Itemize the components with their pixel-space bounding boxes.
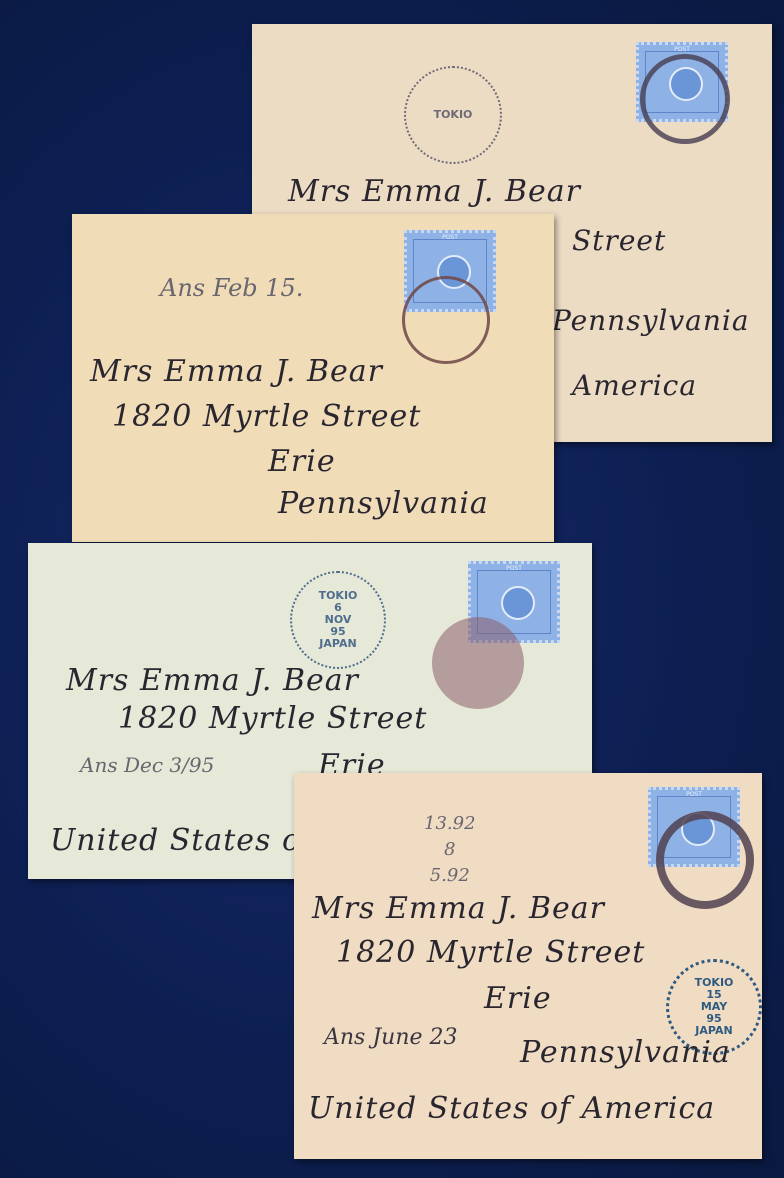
tokio-postmark: TOKIO6NOV95JAPAN xyxy=(290,571,386,669)
address-line: United States of xyxy=(50,823,313,858)
address-line: Erie xyxy=(484,981,552,1016)
address-line: Mrs Emma J. Bear xyxy=(288,174,581,209)
address-line: 1820 Myrtle Street xyxy=(112,399,421,434)
envelope-4: 13.9285.92 POST TOKIO15MAY95JAPAN Mrs Em… xyxy=(294,773,762,1159)
japanese-postmark xyxy=(640,54,730,144)
japanese-postmark xyxy=(432,617,524,709)
address-line: United States of America xyxy=(308,1091,715,1126)
address-line: Erie xyxy=(268,444,336,479)
address-line: Pennsylvania xyxy=(552,304,750,337)
envelope-2: Ans Feb 15. POST Mrs Emma J. Bear 1820 M… xyxy=(72,214,554,542)
answered-note: Ans Dec 3/95 xyxy=(80,753,214,777)
address-line: Mrs Emma J. Bear xyxy=(90,354,383,389)
japanese-postmark xyxy=(656,811,754,909)
address-line: Mrs Emma J. Bear xyxy=(312,891,605,926)
address-line: 1820 Myrtle Street xyxy=(118,701,427,736)
answered-note: Ans Feb 15. xyxy=(160,274,303,302)
address-line: Pennsylvania xyxy=(278,486,489,521)
pencil-notation: 13.9285.92 xyxy=(424,811,476,889)
address-line: Pennsylvania xyxy=(520,1035,731,1070)
japanese-postmark xyxy=(402,276,490,364)
answered-note: Ans June 23 xyxy=(324,1025,458,1050)
address-line: Street xyxy=(572,224,666,257)
address-line: America xyxy=(572,369,697,402)
address-line: Mrs Emma J. Bear xyxy=(66,663,359,698)
address-line: 1820 Myrtle Street xyxy=(336,935,645,970)
tokio-postmark: TOKIO xyxy=(404,66,502,164)
